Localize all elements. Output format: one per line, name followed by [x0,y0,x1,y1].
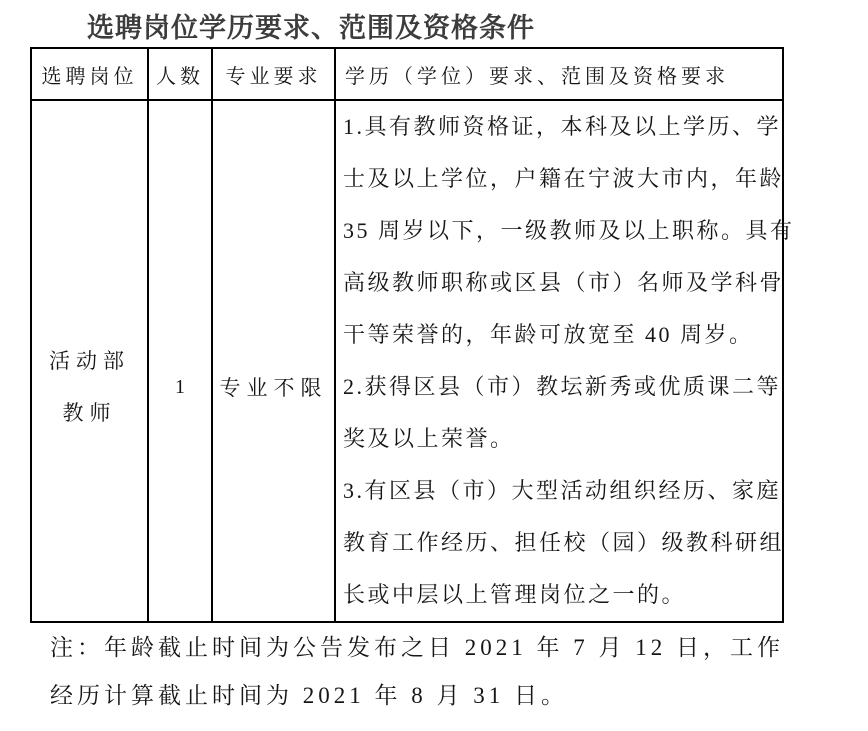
requirement-line: 士及以上学位，户籍在宁波大市内，年龄 [343,153,782,205]
footnote-line: 注：年龄截止时间为公告发布之日 2021 年 7 月 12 日，工作 [50,624,784,672]
cell-requirements: 1.具有教师资格证，本科及以上学历、学 士及以上学位，户籍在宁波大市内，年龄 3… [335,100,783,622]
page-title: 选聘岗位学历要求、范围及资格条件 [87,6,535,45]
header-count: 人数 [148,48,212,100]
cell-position: 活动部 教师 [31,100,148,622]
table-header-row: 选聘岗位 人数 专业要求 学历（学位）要求、范围及资格要求 [31,48,783,100]
requirement-line: 干等荣誉的，年龄可放宽至 40 周岁。 [343,309,782,361]
requirement-line: 1.具有教师资格证，本科及以上学历、学 [343,101,782,153]
table-row: 活动部 教师 1 专业不限 1.具有教师资格证，本科及以上学历、学 士及以上学位… [31,100,783,622]
footnote: 注：年龄截止时间为公告发布之日 2021 年 7 月 12 日，工作 经历计算截… [50,624,784,720]
cell-major: 专业不限 [212,100,335,622]
requirement-line: 2.获得区县（市）教坛新秀或优质课二等 [343,361,782,413]
header-major: 专业要求 [212,48,335,100]
document-page: 选聘岗位学历要求、范围及资格条件 选聘岗位 人数 专业要求 学历（学位）要求、范… [0,0,868,731]
footnote-line: 经历计算截止时间为 2021 年 8 月 31 日。 [50,672,784,720]
position-name-line: 活动部 [32,335,147,387]
cell-count: 1 [148,100,212,622]
requirement-line: 高级教师职称或区县（市）名师及学科骨 [343,257,782,309]
position-name-line: 教师 [32,387,147,439]
header-position: 选聘岗位 [31,48,148,100]
header-requirements: 学历（学位）要求、范围及资格要求 [335,48,783,100]
requirement-line: 教育工作经历、担任校（园）级教科研组 [343,517,782,569]
requirement-line: 奖及以上荣誉。 [343,413,782,465]
requirement-line: 35 周岁以下，一级教师及以上职称。具有 [343,205,782,257]
recruitment-table: 选聘岗位 人数 专业要求 学历（学位）要求、范围及资格要求 活动部 教师 1 专… [30,47,784,623]
requirement-line: 3.有区县（市）大型活动组织经历、家庭 [343,465,782,517]
requirement-line: 长或中层以上管理岗位之一的。 [343,569,782,621]
headcount-value: 1 [149,376,211,399]
major-requirement-value: 专业不限 [213,372,334,402]
